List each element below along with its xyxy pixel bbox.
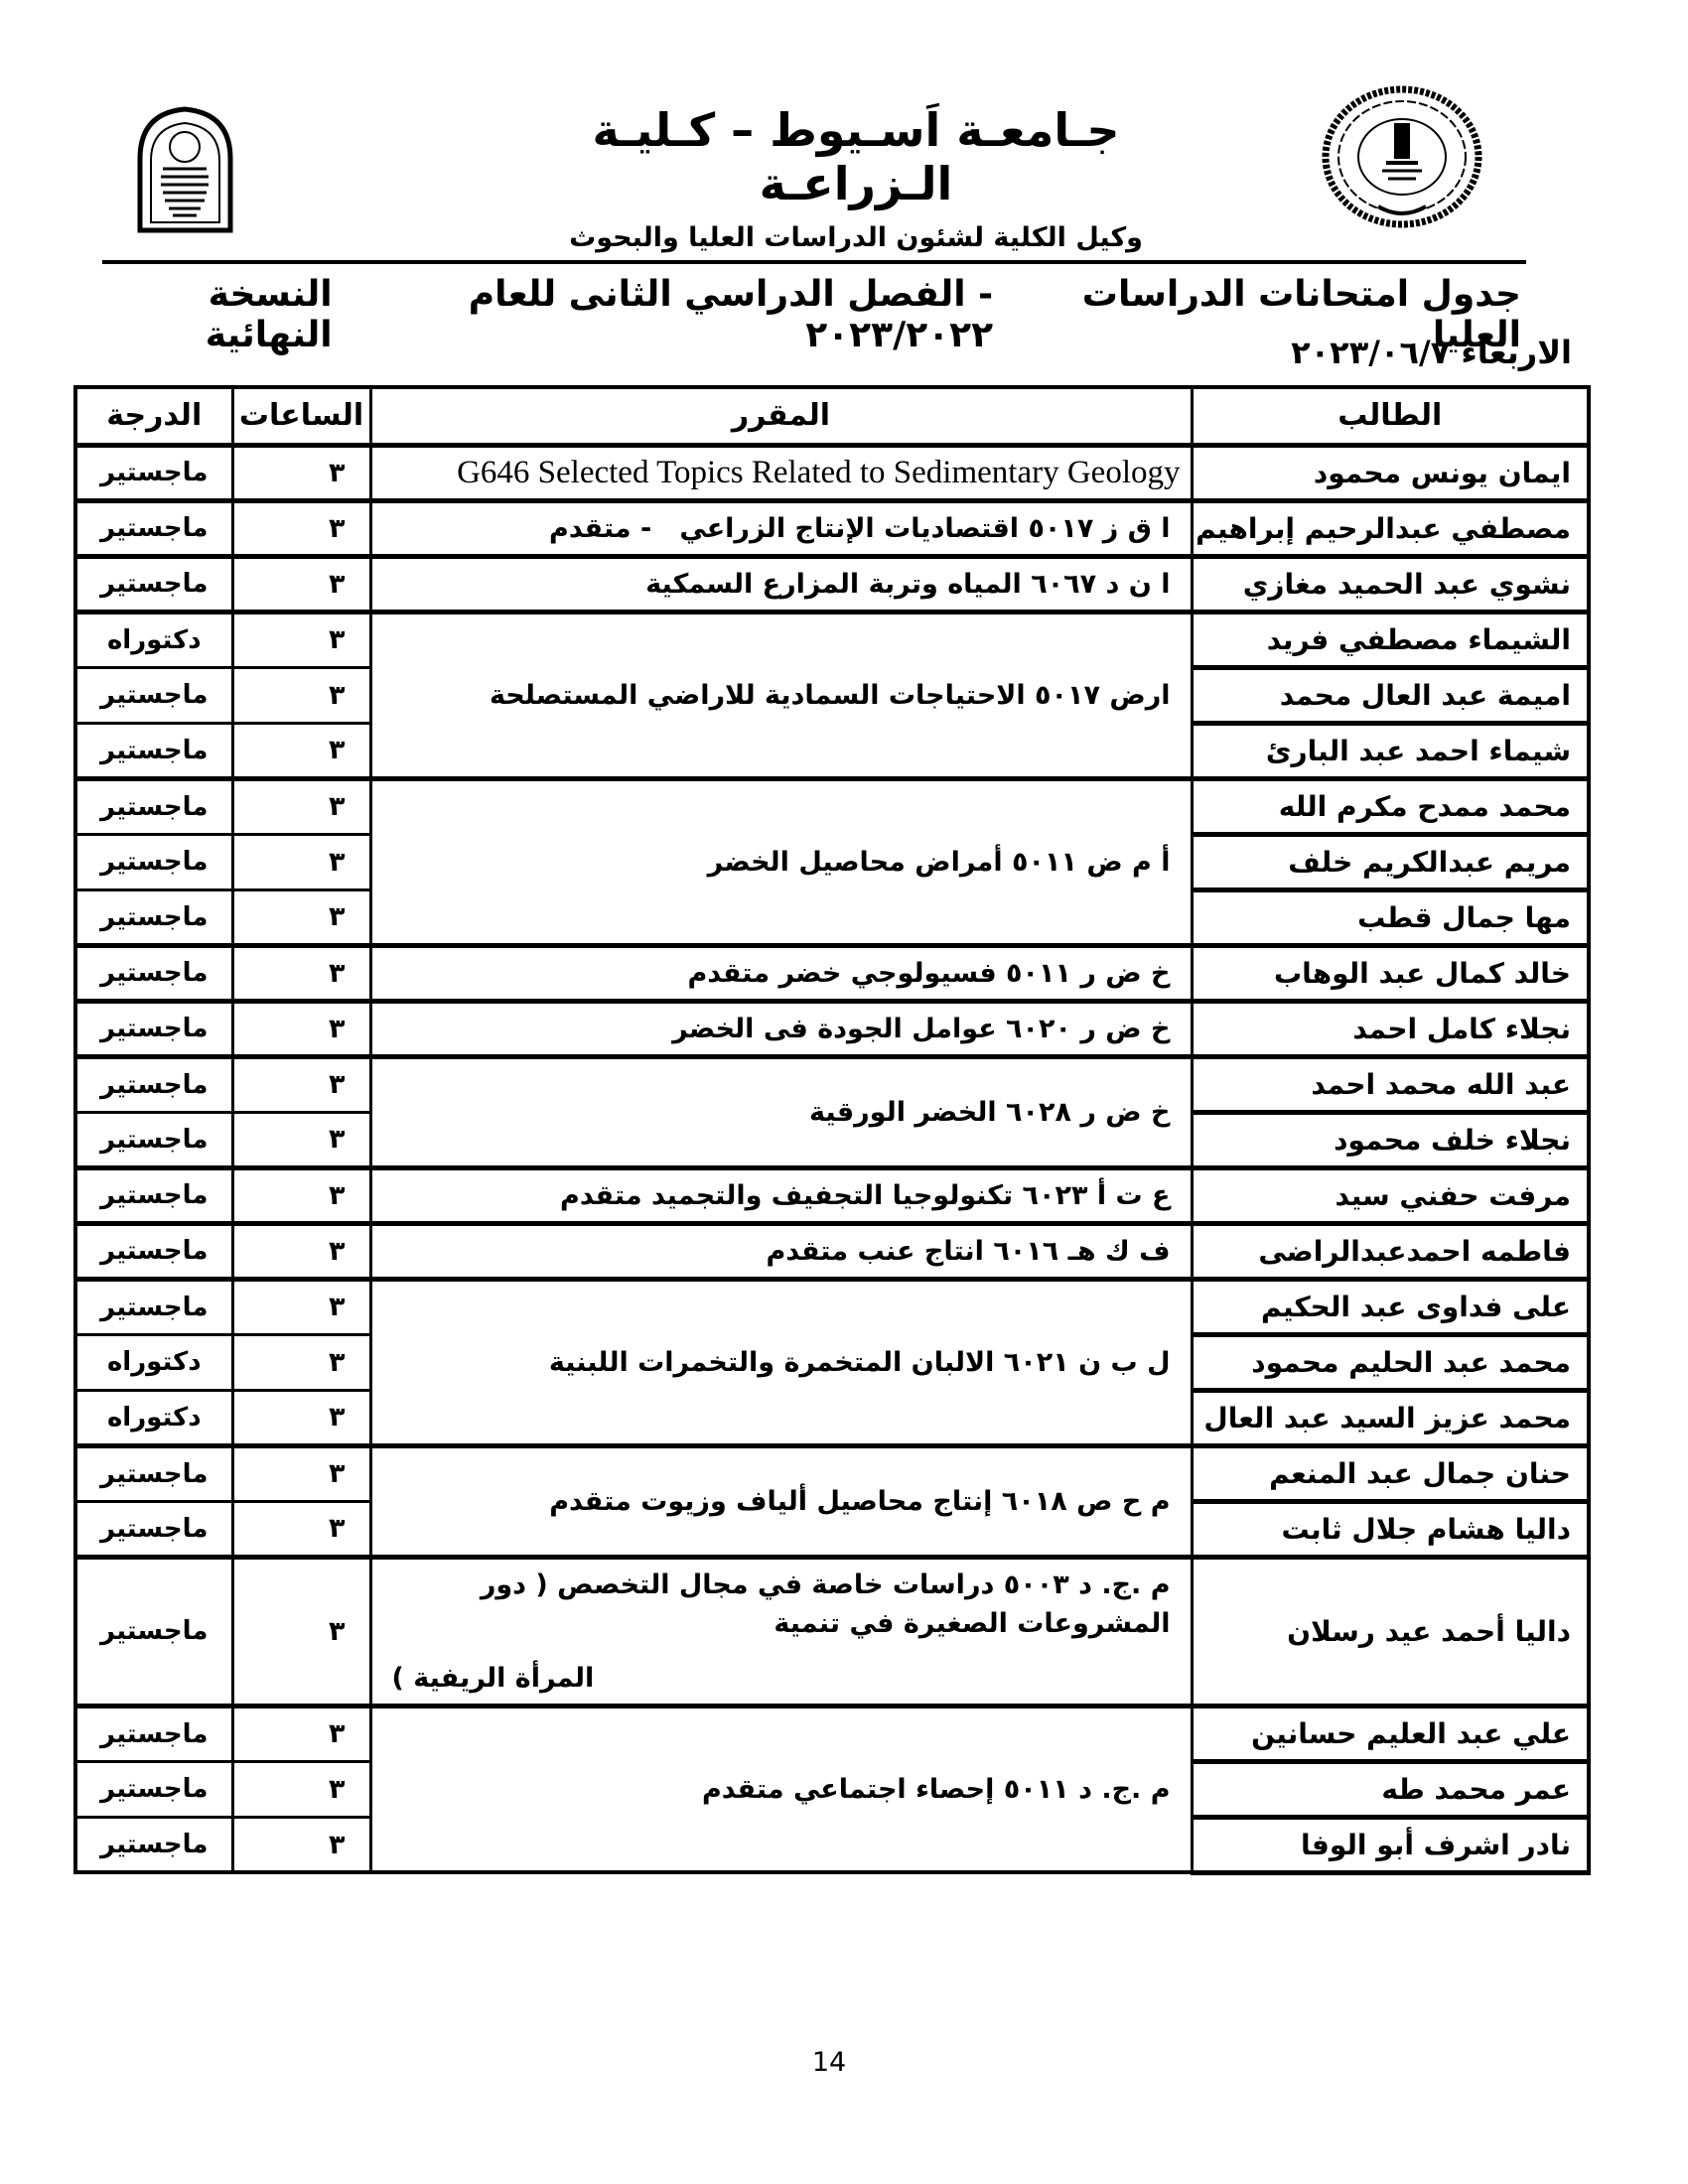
course-cell: ا ن د ٦٠٦٧ المياه وتربة المزارع السمكية	[370, 556, 1192, 612]
degree-cell: ماجستير	[75, 1279, 232, 1334]
table-row: نشوي عبد الحميد مغازيا ن د ٦٠٦٧ المياه و…	[75, 556, 1589, 612]
hours-cell: ٣	[232, 1390, 370, 1445]
hours-cell: ٣	[232, 1223, 370, 1279]
student-name-cell: نشوي عبد الحميد مغازي	[1192, 556, 1589, 612]
hours-cell: ٣	[232, 1501, 370, 1557]
course-cell: G646 Selected Topics Related to Sediment…	[370, 445, 1192, 500]
university-seal-logo	[1321, 85, 1483, 232]
degree-cell: دكتوراه	[75, 1334, 232, 1390]
student-name-cell: مصطفي عبدالرحيم إبراهيم	[1192, 500, 1589, 556]
student-name-cell: نجلاء خلف محمود	[1192, 1112, 1589, 1167]
table-row: فاطمه احمدعبدالراضىف ك هـ ٦٠١٦ انتاج عنب…	[75, 1223, 1589, 1279]
hours-cell: ٣	[232, 945, 370, 1001]
degree-cell: ماجستير	[75, 945, 232, 1001]
column-header-degree: الدرجة	[75, 387, 232, 445]
degree-cell: ماجستير	[75, 1817, 232, 1872]
degree-cell: ماجستير	[75, 556, 232, 612]
student-name-cell: خالد كمال عبد الوهاب	[1192, 945, 1589, 1001]
schedule-title-part-b: - الفصل الدراسي الثانى للعام ٢٠٢٣/٢٠٢٢	[333, 274, 994, 355]
student-name-cell: محمد ممدح مكرم الله	[1192, 778, 1589, 834]
degree-cell: دكتوراه	[75, 612, 232, 667]
student-name-cell: داليا أحمد عيد رسلان	[1192, 1557, 1589, 1706]
student-name-cell: مها جمال قطب	[1192, 889, 1589, 945]
course-cell: خ ض ر ٦٠٢٨ الخضر الورقية	[370, 1056, 1192, 1167]
hours-cell: ٣	[232, 1817, 370, 1872]
hours-cell: ٣	[232, 1706, 370, 1761]
student-name-cell: شيماء احمد عبد البارئ	[1192, 723, 1589, 778]
degree-cell: ماجستير	[75, 1223, 232, 1279]
course-cell: ارض ٥٠١٧ الاحتياجات السمادية للاراضي الم…	[370, 612, 1192, 778]
university-title: جـامعـة اَسـيوط – كـليـة الـزراعـة	[508, 103, 1203, 210]
degree-cell: ماجستير	[75, 500, 232, 556]
table-row: حنان جمال عبد المنعمم ح ص ٦٠١٨ إنتاج محا…	[75, 1445, 1589, 1501]
student-name-cell: مريم عبدالكريم خلف	[1192, 834, 1589, 889]
course-cell: م .ج. د ٥٠١١ إحصاء اجتماعي متقدم	[370, 1706, 1192, 1872]
masthead: جـامعـة اَسـيوط – كـليـة الـزراعـة وكيل …	[508, 103, 1203, 253]
student-name-cell: حنان جمال عبد المنعم	[1192, 1445, 1589, 1501]
degree-cell: ماجستير	[75, 889, 232, 945]
student-name-cell: داليا هشام جلال ثابت	[1192, 1501, 1589, 1557]
student-name-cell: ايمان يونس محمود	[1192, 445, 1589, 500]
course-cell: ع ت أ ٦٠٢٣ تكنولوجيا التجفيف والتجميد مت…	[370, 1167, 1192, 1223]
degree-cell: ماجستير	[75, 1706, 232, 1761]
degree-cell: ماجستير	[75, 1501, 232, 1557]
degree-cell: دكتوراه	[75, 1390, 232, 1445]
hours-cell: ٣	[232, 1445, 370, 1501]
degree-cell: ماجستير	[75, 445, 232, 500]
hours-cell: ٣	[232, 1167, 370, 1223]
course-cell: م ح ص ٦٠١٨ إنتاج محاصيل ألياف وزيوت متقد…	[370, 1445, 1192, 1557]
degree-cell: ماجستير	[75, 1167, 232, 1223]
hours-cell: ٣	[232, 1557, 370, 1706]
column-header-student: الطالب	[1192, 387, 1589, 445]
header-divider	[102, 260, 1526, 264]
student-name-cell: اميمة عبد العال محمد	[1192, 667, 1589, 723]
hours-cell: ٣	[232, 556, 370, 612]
hours-cell: ٣	[232, 1279, 370, 1334]
table-row: محمد ممدح مكرم اللهأ م ض ٥٠١١ أمراض محاص…	[75, 778, 1589, 834]
student-name-cell: علي عبد العليم حسانين	[1192, 1706, 1589, 1761]
course-cell: أ م ض ٥٠١١ أمراض محاصيل الخضر	[370, 778, 1192, 945]
college-emblem-logo	[133, 103, 237, 239]
table-row: علي عبد العليم حسانينم .ج. د ٥٠١١ إحصاء …	[75, 1706, 1589, 1761]
degree-cell: ماجستير	[75, 1112, 232, 1167]
course-cell: ل ب ن ٦٠٢١ الالبان المتخمرة والتخمرات ال…	[370, 1279, 1192, 1445]
course-line: م .ج. د ٥٠٠٣ دراسات خاصة في مجال التخصص …	[392, 1566, 1171, 1643]
degree-cell: ماجستير	[75, 1445, 232, 1501]
degree-cell: ماجستير	[75, 1056, 232, 1112]
table-row: عبد الله محمد احمدخ ض ر ٦٠٢٨ الخضر الورق…	[75, 1056, 1589, 1112]
course-cell: م .ج. د ٥٠٠٣ دراسات خاصة في مجال التخصص …	[370, 1557, 1192, 1706]
student-name-cell: محمد عزيز السيد عبد العال	[1192, 1390, 1589, 1445]
page-number: 14	[794, 2047, 864, 2078]
hours-cell: ٣	[232, 778, 370, 834]
degree-cell: ماجستير	[75, 1557, 232, 1706]
course-cell: ا ق ز ٥٠١٧ اقتصاديات الإنتاج الزراعي - م…	[370, 500, 1192, 556]
hours-cell: ٣	[232, 445, 370, 500]
degree-cell: ماجستير	[75, 834, 232, 889]
hours-cell: ٣	[232, 1056, 370, 1112]
hours-cell: ٣	[232, 723, 370, 778]
table-header-row: الطالب المقرر الساعات الدرجة	[75, 387, 1589, 445]
student-name-cell: نجلاء كامل احمد	[1192, 1001, 1589, 1056]
hours-cell: ٣	[232, 1001, 370, 1056]
student-name-cell: الشيماء مصطفي فريد	[1192, 612, 1589, 667]
hours-cell: ٣	[232, 889, 370, 945]
hours-cell: ٣	[232, 612, 370, 667]
degree-cell: ماجستير	[75, 1761, 232, 1817]
table-row: على فداوى عبد الحكيمل ب ن ٦٠٢١ الالبان ا…	[75, 1279, 1589, 1334]
student-name-cell: على فداوى عبد الحكيم	[1192, 1279, 1589, 1334]
table-row: نجلاء كامل احمدخ ض ر ٦٠٢٠ عوامل الجودة ف…	[75, 1001, 1589, 1056]
degree-cell: ماجستير	[75, 1001, 232, 1056]
student-name-cell: فاطمه احمدعبدالراضى	[1192, 1223, 1589, 1279]
university-subtitle: وكيل الكلية لشئون الدراسات العليا والبحو…	[508, 222, 1203, 253]
hours-cell: ٣	[232, 834, 370, 889]
hours-cell: ٣	[232, 1761, 370, 1817]
hours-cell: ٣	[232, 667, 370, 723]
table-row: الشيماء مصطفي فريدارض ٥٠١٧ الاحتياجات ال…	[75, 612, 1589, 667]
exam-schedule-table: الطالب المقرر الساعات الدرجة ايمان يونس …	[73, 385, 1591, 1875]
student-name-cell: عبد الله محمد احمد	[1192, 1056, 1589, 1112]
course-line: المرأة الريفية )	[392, 1659, 1171, 1698]
table-row: مرفت حفني سيدع ت أ ٦٠٢٣ تكنولوجيا التجفي…	[75, 1167, 1589, 1223]
hours-cell: ٣	[232, 1334, 370, 1390]
student-name-cell: نادر اشرف أبو الوفا	[1192, 1817, 1589, 1872]
table-row: ايمان يونس محمودG646 Selected Topics Rel…	[75, 445, 1589, 500]
final-version-label: النسخة النهائية	[91, 274, 333, 355]
student-name-cell: عمر محمد طه	[1192, 1761, 1589, 1817]
hours-cell: ٣	[232, 1112, 370, 1167]
course-cell: خ ض ر ٥٠١١ فسيولوجي خضر متقدم	[370, 945, 1192, 1001]
student-name-cell: مرفت حفني سيد	[1192, 1167, 1589, 1223]
degree-cell: ماجستير	[75, 667, 232, 723]
document-page: جـامعـة اَسـيوط – كـليـة الـزراعـة وكيل …	[0, 0, 1688, 2184]
course-cell: ف ك هـ ٦٠١٦ انتاج عنب متقدم	[370, 1223, 1192, 1279]
exam-date: الاربعاء ٢٠٢٣/٠٦/٧	[1291, 334, 1572, 371]
student-name-cell: محمد عبد الحليم محمود	[1192, 1334, 1589, 1390]
degree-cell: ماجستير	[75, 778, 232, 834]
hours-cell: ٣	[232, 500, 370, 556]
table-row: داليا أحمد عيد رسلانم .ج. د ٥٠٠٣ دراسات …	[75, 1557, 1589, 1706]
column-header-hours: الساعات	[232, 387, 370, 445]
column-header-course: المقرر	[370, 387, 1192, 445]
table-row: خالد كمال عبد الوهابخ ض ر ٥٠١١ فسيولوجي …	[75, 945, 1589, 1001]
table-row: مصطفي عبدالرحيم إبراهيما ق ز ٥٠١٧ اقتصاد…	[75, 500, 1589, 556]
degree-cell: ماجستير	[75, 723, 232, 778]
course-cell: خ ض ر ٦٠٢٠ عوامل الجودة فى الخضر	[370, 1001, 1192, 1056]
